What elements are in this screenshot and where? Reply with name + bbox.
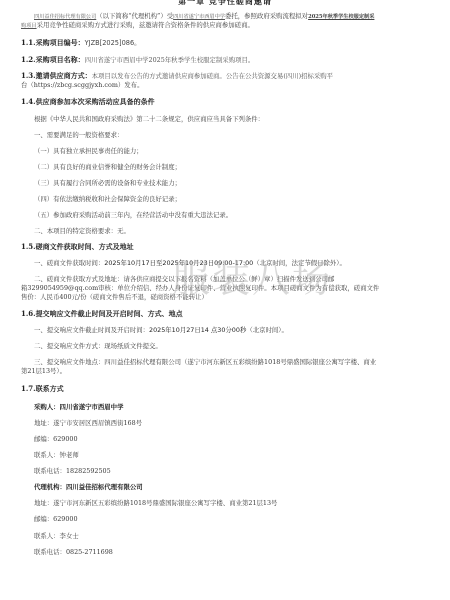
- purchaser-contact: 联系人：钟老师: [34, 451, 79, 459]
- condition-line-4: （三）具有履行合同所必需的设备和专业技术能力；: [34, 179, 181, 187]
- agency-title: 代理机构：四川益佳招标代理有限公司: [34, 483, 143, 491]
- submission-method: 二、提交响应文件方式：现场纸质文件提交。: [34, 342, 162, 350]
- doc-obtain-time-prefix: 一、磋商文件获取时间：: [34, 259, 104, 267]
- intro-line-1: 四川益佳招标代理有限公司（以下简称“代理机构”）受四川省遂宁市西眉中学委托，参照…: [34, 12, 374, 21]
- doc-obtain-time: 一、磋商文件获取时间：2025年10月17日至2025年10月23日09:00-…: [34, 259, 346, 267]
- condition-line-7: 二、本项目的特定资格要求：无。: [34, 227, 130, 235]
- section-1-3-label: 1.3.邀请供应商方式：: [21, 71, 92, 80]
- document-page: 第一章 竞争性磋商邀请 四川益佳招标代理有限公司（以下简称“代理机构”）受四川省…: [0, 0, 450, 600]
- intro-text-1: （以下简称“代理机构”）受: [96, 12, 173, 20]
- project-name-b: 购项目: [21, 23, 37, 29]
- section-1-3: 1.3.邀请供应商方式：本项目以发布公告的方式邀请供应商参加磋商。公告在公共资源…: [21, 71, 333, 81]
- project-name: 四川省遂宁市西眉中学2025年秋季学生校服定制采购项目。: [85, 56, 255, 64]
- submission-location-line-1: 三、提交响应文件地点：四川益佳招标代理有限公司（遂宁市河东新区五彩缤纷路1018…: [34, 358, 376, 366]
- doc-obtain-method-line-3: 售价：人民币400元/份（磋商文件售后不退，磋商资格不能转让）: [21, 293, 208, 301]
- purchaser-address: 地址：遂宁市安居区西眉镇西街168号: [34, 419, 142, 427]
- purchaser-phone: 联系电话：18282592505: [34, 467, 111, 475]
- submission-deadline-suffix: （北京时间）。: [246, 326, 288, 334]
- condition-line-5: （四）有依法缴纳税收和社会保障资金的良好记录；: [34, 195, 181, 203]
- section-1-6-label: 1.6.提交响应文件截止时间及开启时间、方式、地点: [21, 309, 183, 318]
- submission-deadline-value: 2025年10月27日14 点30分00秒: [149, 326, 246, 334]
- condition-line-6: （五）参加政府采购活动前三年内，在经营活动中没有重大违法记录。: [34, 211, 232, 219]
- purchaser-name-link: 四川省遂宁市西眉中学: [173, 14, 225, 20]
- invite-method-line-2: 台（https://zbcg.scggjyxh.com）发布。: [21, 81, 143, 89]
- project-name-a: 2025年秋季学生校服定制采: [308, 14, 374, 20]
- section-1-2-label: 1.2.采购项目名称：: [21, 55, 85, 64]
- purchaser-title: 采购人：四川省遂宁市西眉中学: [34, 403, 123, 411]
- section-1-4-label: 1.4.供应商参加本次采购活动应具备的条件: [21, 97, 155, 106]
- intro-text-3: 采用竞争性磋商采购方式进行采购，兹邀请符合资格条件的供应商参加磋商。: [37, 21, 254, 29]
- doc-obtain-time-value: 2025年10月17日至2025年10月23日09:00-17:00: [104, 259, 253, 267]
- agency-name-link: 四川益佳招标代理有限公司: [34, 14, 96, 20]
- submission-deadline-prefix: 一、提交响应文件截止时间及开启时间：: [34, 326, 149, 334]
- intro-text-2: 委托，参照政府采购流程拟对: [225, 12, 308, 20]
- section-1-7-label: 1.7.联系方式: [21, 384, 64, 393]
- section-1-1-label: 1.1.采购项目编号：: [21, 38, 85, 47]
- agency-contact: 联系人：李女士: [34, 532, 79, 540]
- agency-postcode: 邮编：629000: [34, 515, 78, 523]
- invite-method-line-1: 本项目以发布公告的方式邀请供应商参加磋商。公告在公共资源交易(四川)招标采购平: [92, 72, 333, 80]
- agency-phone: 联系电话：0825-2711698: [34, 548, 113, 556]
- doc-obtain-method-line-2: 箱3299054959@qq.com审核：单位介绍信、经办人身份证复印件、营业执…: [21, 284, 379, 292]
- section-1-5-label: 1.5.磋商文件获取时间、方式及地址: [21, 242, 134, 251]
- chapter-title: 第一章 竞争性磋商邀请: [0, 0, 450, 7]
- doc-obtain-time-suffix: （北京时间，法定节假日除外）。: [253, 259, 346, 267]
- section-1-2: 1.2.采购项目名称：四川省遂宁市西眉中学2025年秋季学生校服定制采购项目。: [21, 55, 254, 65]
- condition-line-2: （一）具有独立承担民事责任的能力；: [34, 147, 143, 155]
- doc-obtain-method-line-1: 二、磋商文件获取方式及地址：请各供应商提交以下报名资料（加盖单位公（鲜）章）扫描…: [34, 275, 334, 283]
- section-1-1: 1.1.采购项目编号：YJZB[2025]086。: [21, 38, 141, 48]
- condition-line-3: （二）具有良好的商业信誉和健全的财务会计制度；: [34, 163, 181, 171]
- submission-deadline: 一、提交响应文件截止时间及开启时间：2025年10月27日14 点30分00秒（…: [34, 326, 288, 334]
- condition-line-0: 根据《中华人民共和国政府采购法》第二十二条规定，供应商应当具备下列条件：: [34, 115, 264, 123]
- submission-location-line-2: 第21层13号）。: [21, 367, 66, 375]
- purchaser-postcode: 邮编：629000: [34, 435, 78, 443]
- condition-line-1: 一、需要满足的一般资格要求：: [34, 131, 123, 139]
- project-number: YJZB[2025]086。: [85, 39, 141, 47]
- agency-address: 地址：遂宁市河东新区五彩缤纷路1018号鼎盛国际银座公寓写字楼、商业第21层13…: [34, 499, 277, 507]
- intro-line-2: 购项目采用竞争性磋商采购方式进行采购，兹邀请符合资格条件的供应商参加磋商。: [21, 21, 254, 30]
